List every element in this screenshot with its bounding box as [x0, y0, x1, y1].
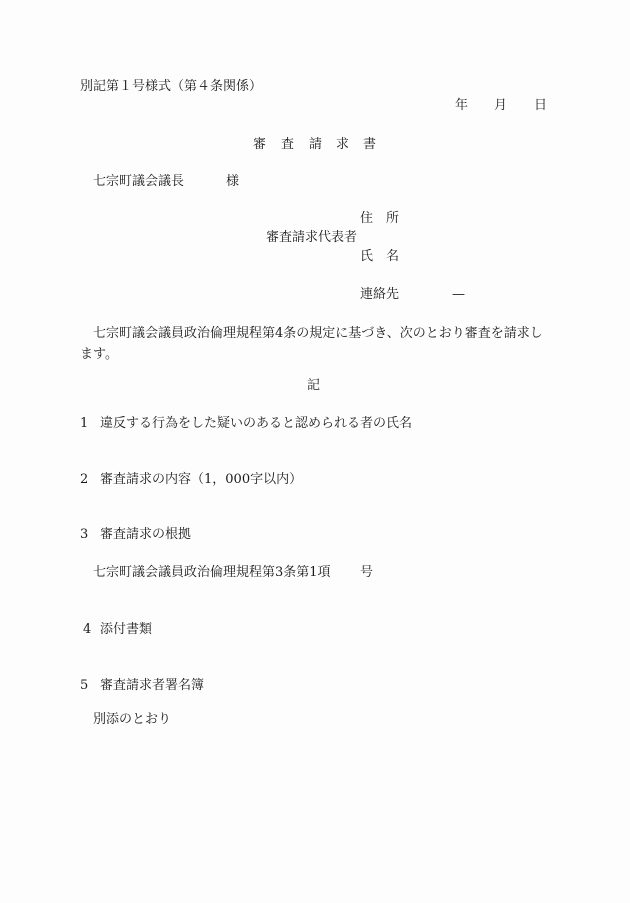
date-month: 月 [494, 99, 507, 112]
title-char: 査 [281, 138, 294, 151]
date-day: 日 [534, 99, 547, 112]
item-number: 1 [80, 417, 88, 430]
item-label: 添付書類 [100, 623, 152, 636]
item-detail: 七宗町議会議員政治倫理規程第3条第1項 [93, 566, 331, 579]
item-label: 違反する行為をした疑いのあると認められる者の氏名 [100, 417, 412, 430]
address-label: 住 所 [360, 212, 399, 225]
item-number: 5 [80, 679, 88, 692]
title-char: 審 [253, 138, 266, 151]
contact-label: 連絡先 [360, 288, 399, 301]
addressee-name: 七宗町議会議長 [93, 175, 184, 188]
item-detail-suffix: 号 [360, 566, 373, 579]
contact-dash: — [452, 288, 465, 301]
form-label: 別記第１号様式（第４条関係） [80, 80, 262, 93]
representative-label: 審査請求代表者 [266, 231, 357, 244]
ki-heading: 記 [307, 379, 320, 392]
title-char: 求 [336, 138, 349, 151]
item-number: 4 [83, 623, 91, 636]
title-char: 請 [309, 138, 322, 151]
title-char: 書 [363, 138, 376, 151]
date-year: 年 [455, 99, 468, 112]
body-paragraph: 七宗町議会議員政治倫理規程第4条の規定に基づき、次のとおり審査を請求します。 [80, 323, 550, 365]
item-detail: 別添のとおり [93, 713, 171, 726]
item-label: 審査請求の内容（1，000字以内） [100, 473, 302, 486]
name-label: 氏 名 [360, 250, 399, 263]
item-label: 審査請求の根拠 [100, 528, 191, 541]
item-label: 審査請求者署名簿 [100, 679, 204, 692]
addressee-honorific: 様 [226, 175, 239, 188]
item-number: 3 [80, 528, 88, 541]
item-number: 2 [80, 473, 88, 486]
